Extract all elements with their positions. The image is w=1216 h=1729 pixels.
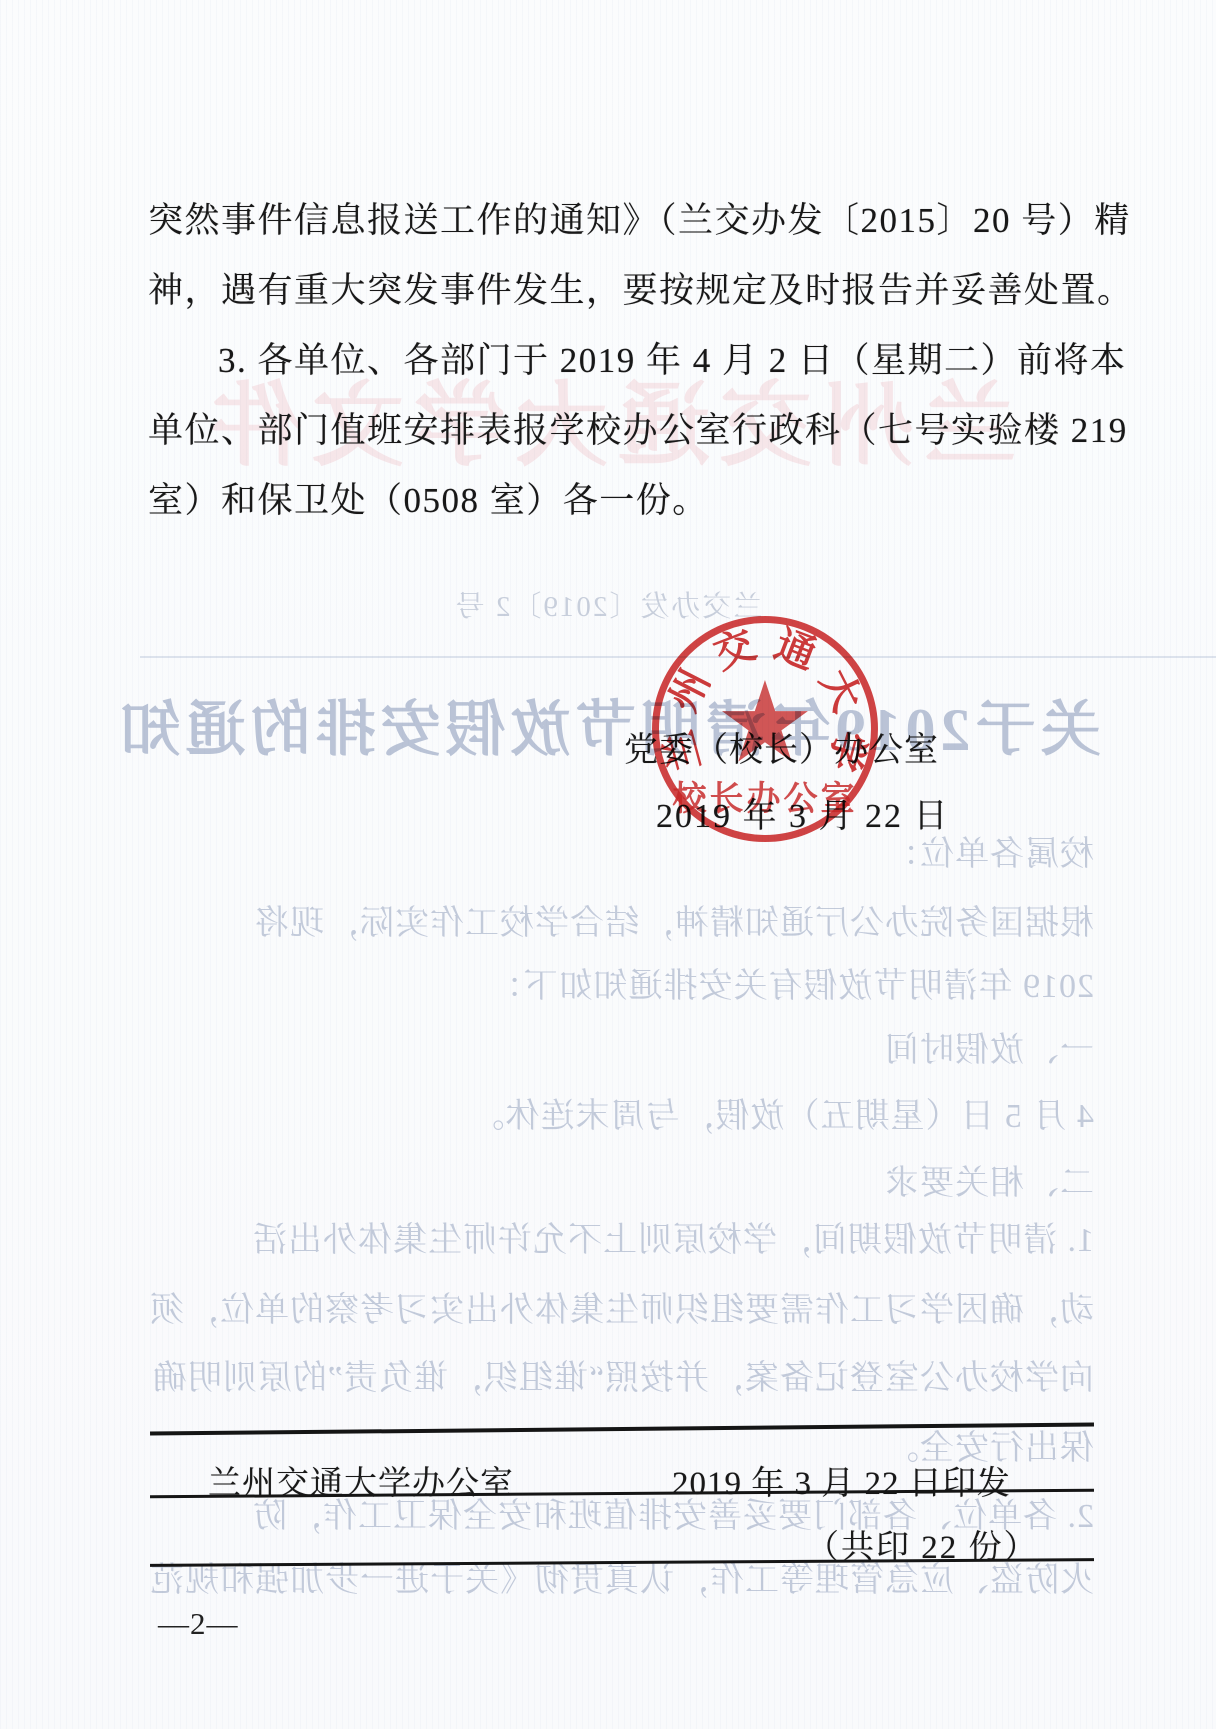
body-paragraphs: 突然事件信息报送工作的通知》（兰交办发〔2015〕20 号）精 神，遇有重大突发… (148, 186, 1094, 536)
seal-bottom-text: 校长办公室 (673, 771, 858, 820)
bleedthrough-salutation: 校属各单位： (148, 826, 1094, 875)
bleedthrough-line: 4 月 5 日（星期五）放假，与周末连休。 (148, 1088, 1164, 1137)
seal-star-icon: ★ (715, 667, 815, 779)
bleedthrough-doc-number: 兰交办发〔2019〕2 号 (0, 584, 1216, 625)
seal-arc-char: 大 (809, 658, 878, 720)
footer-print-date: 2019 年 3 月 22 日印发 (672, 1457, 1011, 1504)
bleedthrough-line: 二、相关要求 (148, 1155, 1164, 1204)
bleedthrough-line: 1. 清明节放假期间，学校原则上不允许师生集体外出活 (148, 1212, 1164, 1261)
bleedthrough-title: 关于2019年清明节放假安排的通知 (0, 682, 1216, 768)
bleedthrough-line: 向学校办公室登记备案，并按照“谁组织，谁负责”的原则明确 (148, 1350, 1094, 1399)
body-line: 单位、部门值班安排表报学校办公室行政科（七号实验楼 219 (148, 396, 1094, 466)
seal-arc-char: 州 (652, 658, 721, 720)
page-number: —2— (158, 1606, 239, 1642)
body-line: 神，遇有重大突发事件发生，要按规定及时报告并妥善处置。 (148, 256, 1094, 326)
body-line: 室）和保卫处（0508 室）各一份。 (148, 466, 1094, 536)
bleedthrough-line: 根据国务院办公厅通知精神，结合学校工作实际，现将 (148, 895, 1164, 944)
bleedthrough-line: 一、放假时间 (148, 1022, 1164, 1071)
body-line: 3. 各单位、各部门于 2019 年 4 月 2 日（星期二）前将本 (148, 326, 1094, 396)
body-line: 突然事件信息报送工作的通知》（兰交办发〔2015〕20 号）精 (148, 186, 1094, 256)
bleedthrough-line: 2019 年清明节放假有关安排通知如下： (148, 958, 1094, 1007)
scanned-document-page: 兰州交通大学文件 兰交办发〔2019〕2 号 关于2019年清明节放假安排的通知… (0, 0, 1216, 1729)
bleedthrough-line: 动，确因学习工作需要组织师生集体外出实习考察的单位，须 (148, 1282, 1094, 1331)
official-seal: ★ 兰 州 交 通 大 学 校长办公室 (652, 616, 878, 842)
